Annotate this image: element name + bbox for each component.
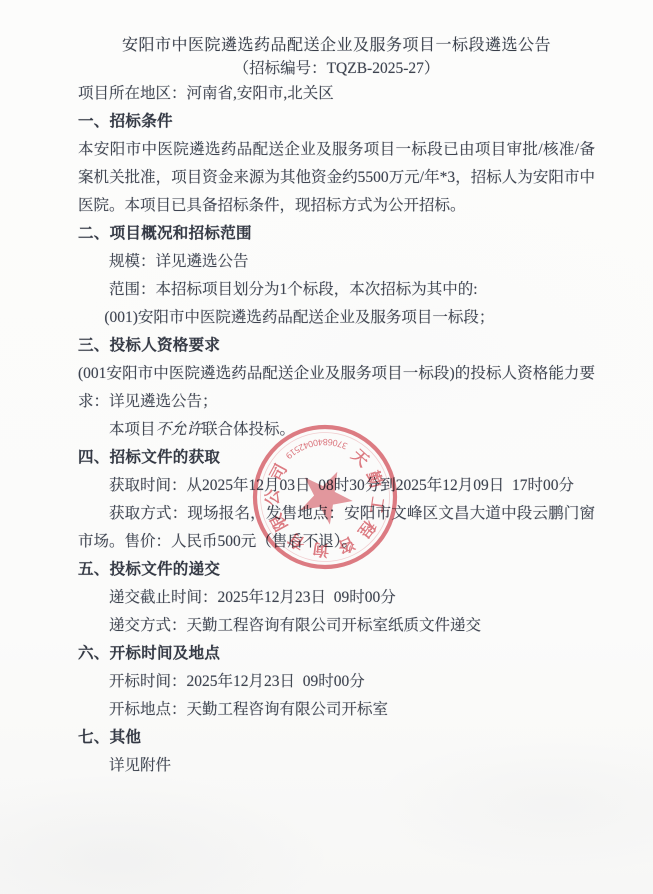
no-joint-suffix: 联合体投标。 bbox=[202, 421, 295, 438]
section-1-paragraph: 本安阳市中医院遴选药品配送企业及服务项目一标段已由项目审批/核准/备案机关批准，… bbox=[78, 136, 595, 220]
project-region-line: 项目所在地区：河南省,安阳市,北关区 bbox=[78, 80, 595, 108]
section-2-heading: 二、项目概况和招标范围 bbox=[78, 220, 595, 248]
qualification-requirement-line: (001安阳市中医院遴选药品配送企业及服务项目一标段)的投标人资格能力要求：详见… bbox=[78, 360, 595, 416]
lot-001-line: (001)安阳市中医院遴选药品配送企业及服务项目一标段； bbox=[78, 304, 595, 332]
no-joint-bid-line: 本项目不允许联合体投标。 bbox=[78, 416, 595, 444]
bid-opening-time-line: 开标时间：2025年12月23日 09时00分 bbox=[78, 668, 595, 696]
section-7-heading: 七、其他 bbox=[78, 724, 595, 752]
tender-number: （招标编号：TQZB-2025-27） bbox=[78, 58, 595, 80]
no-joint-emphasis: 不允许 bbox=[156, 421, 203, 438]
section-5-heading: 五、投标文件的递交 bbox=[78, 556, 595, 584]
scanned-document-page: 安阳市中医院遴选药品配送企业及服务项目一标段遴选公告 （招标编号：TQZB-20… bbox=[0, 0, 653, 894]
attachment-note-line: 详见附件 bbox=[78, 752, 595, 780]
submission-deadline-line: 递交截止时间：2025年12月23日 09时00分 bbox=[78, 584, 595, 612]
section-1-heading: 一、招标条件 bbox=[78, 108, 595, 136]
submission-method-line: 递交方式：天勤工程咨询有限公司开标室纸质文件递交 bbox=[78, 612, 595, 640]
section-4-heading: 四、招标文件的获取 bbox=[78, 444, 595, 472]
project-scope-line: 范围：本招标项目划分为1个标段，本次招标为其中的: bbox=[78, 276, 595, 304]
project-scale-line: 规模：详见遴选公告 bbox=[78, 248, 595, 276]
obtain-method-line: 获取方式：现场报名，发售地点：安阳市文峰区文昌大道中段云鹏门窗市场。售价：人民币… bbox=[78, 500, 595, 556]
no-joint-prefix: 本项目 bbox=[109, 421, 156, 438]
section-6-heading: 六、开标时间及地点 bbox=[78, 640, 595, 668]
document-title: 安阳市中医院遴选药品配送企业及服务项目一标段遴选公告 bbox=[78, 34, 595, 58]
bid-opening-place-line: 开标地点：天勤工程咨询有限公司开标室 bbox=[78, 696, 595, 724]
section-3-heading: 三、投标人资格要求 bbox=[78, 332, 595, 360]
document-body: 安阳市中医院遴选药品配送企业及服务项目一标段遴选公告 （招标编号：TQZB-20… bbox=[0, 0, 653, 780]
obtain-time-line: 获取时间：从2025年12月03日 08时30分到2025年12月09日 17时… bbox=[78, 472, 595, 500]
